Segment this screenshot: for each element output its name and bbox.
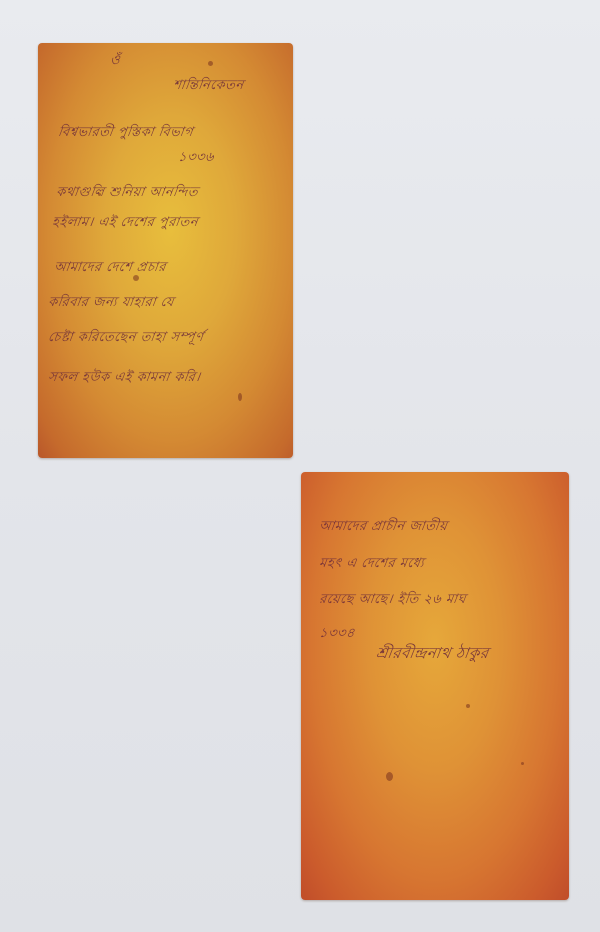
handwritten-card-2: আমাদের প্রাচীন জাতীয় মহৎ এ দেশের মধ্যে …: [301, 472, 569, 900]
handwritten-line: কথাগুলি শুনিয়া আনন্দিত: [55, 183, 200, 204]
paper-stain: [386, 772, 393, 781]
handwritten-line: চেষ্টা করিতেছেন তাহা সম্পূর্ণ: [47, 328, 205, 349]
handwritten-line: ১৩৩৪: [318, 624, 357, 645]
handwritten-line: রয়েছে আছে। ইতি ২৬ মাঘ: [318, 590, 468, 611]
handwritten-line: আমাদের দেশে প্রচার: [53, 258, 168, 279]
handwritten-line: হইলাম। এই দেশের পুরাতন: [51, 213, 200, 234]
handwritten-line: সফল হউক এই কামনা করি।: [47, 368, 202, 389]
handwritten-line: শান্তিনিকেতন: [172, 76, 245, 97]
signature: শ্রীরবীন্দ্রনাথ ঠাকুর: [374, 642, 490, 667]
paper-stain: [466, 704, 470, 708]
handwritten-line: মহৎ এ দেশের মধ্যে: [318, 554, 426, 575]
paper-stain: [521, 762, 524, 765]
paper-stain: [238, 393, 242, 401]
handwritten-card-1: ওঁ শান্তিনিকেতন বিশ্বভারতী পুস্তিকা বিভা…: [38, 43, 293, 458]
handwritten-line: আমাদের প্রাচীন জাতীয়: [318, 517, 449, 538]
aged-paper-texture: [38, 43, 293, 458]
handwritten-line: বিশ্বভারতী পুস্তিকা বিভাগ: [57, 123, 195, 144]
handwritten-line: ১৩৩৬: [177, 148, 216, 169]
handwritten-line: করিবার জন্য যাহারা যে: [47, 293, 176, 314]
paper-stain: [208, 61, 213, 66]
